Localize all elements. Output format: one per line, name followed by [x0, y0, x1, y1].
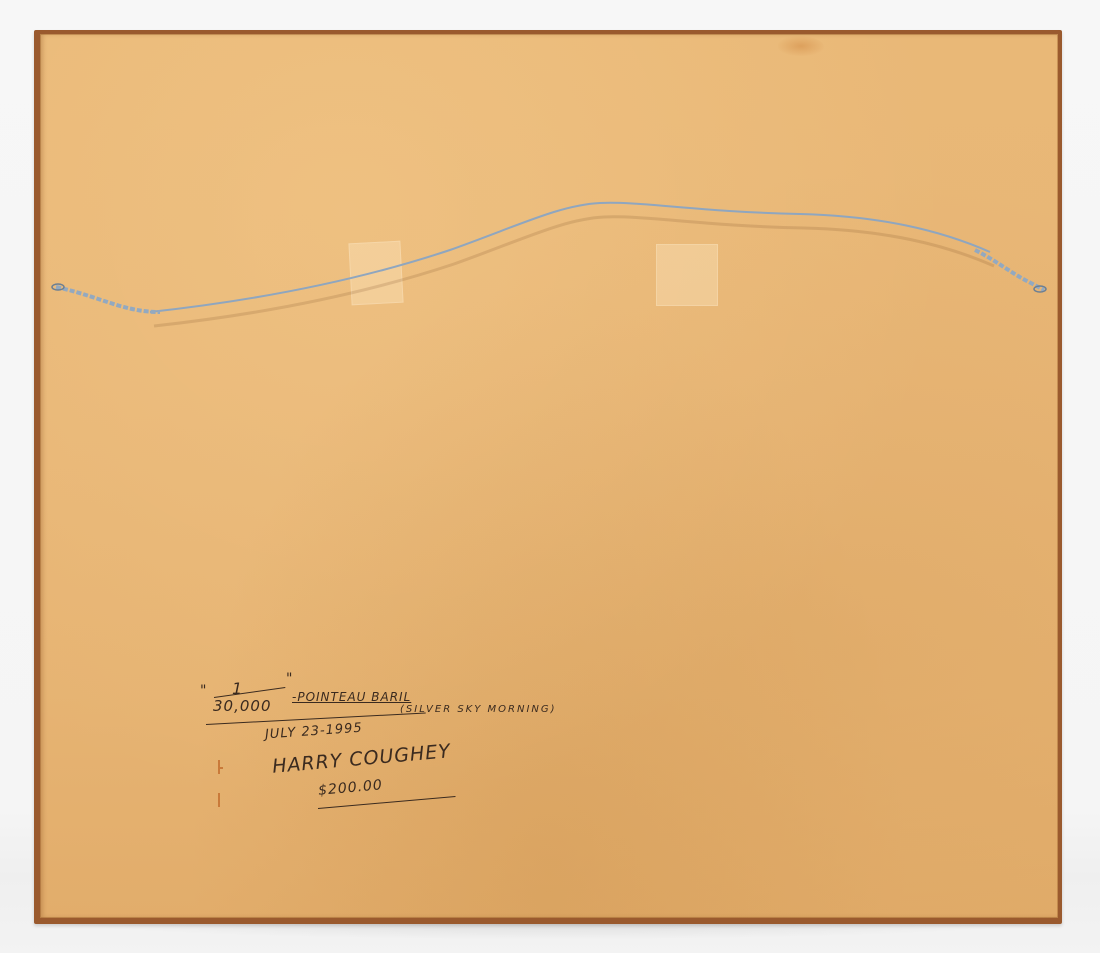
board-edge	[40, 34, 1058, 918]
open-quote: "	[200, 683, 207, 699]
backing-board	[40, 34, 1058, 918]
fraction-denominator: 30,000	[213, 697, 272, 715]
tape-residue-left	[348, 241, 403, 306]
pencil-mark-top-tick	[218, 767, 223, 769]
stain-mark	[778, 36, 824, 56]
tape-residue-right	[656, 244, 718, 306]
close-quote: "	[286, 671, 293, 687]
pencil-mark-bottom	[218, 793, 220, 807]
location-text: -POINTEAU BARIL	[292, 690, 411, 704]
artwork-title: (SILVER SKY MORNING)	[400, 704, 557, 715]
